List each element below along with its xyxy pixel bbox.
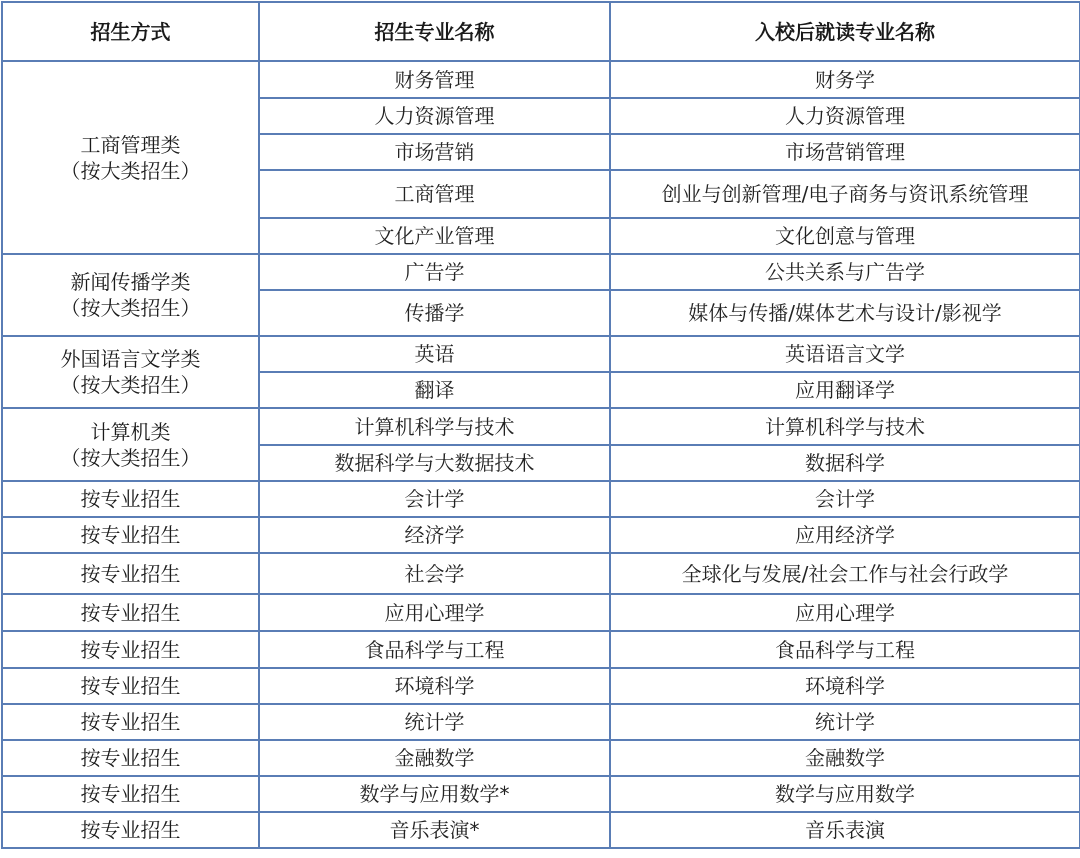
enroll-major-cell: 数学与应用数学* [259,776,610,812]
method-cell: 按专业招生 [2,517,259,553]
enroll-major-cell: 文化产业管理 [259,218,610,254]
enroll-major-cell: 环境科学 [259,668,610,704]
method-cell: 计算机类 （按大类招生） [2,408,259,481]
table-row: 按专业招生 食品科学与工程 食品科学与工程 [2,631,1080,668]
study-major-cell: 会计学 [610,481,1080,517]
enroll-major-cell: 市场营销 [259,134,610,170]
table-row: 外国语言文学类 （按大类招生） 英语 英语语言文学 [2,336,1080,372]
study-major-cell: 应用经济学 [610,517,1080,553]
study-major-cell: 食品科学与工程 [610,631,1080,668]
method-line1: 新闻传播学类 [3,269,258,295]
enroll-major-cell: 应用心理学 [259,594,610,631]
study-major-cell: 市场营销管理 [610,134,1080,170]
method-line2: （按大类招生） [3,445,258,471]
method-line2: （按大类招生） [3,295,258,321]
study-major-cell: 计算机科学与技术 [610,408,1080,445]
study-major-cell: 媒体与传播/媒体艺术与设计/影视学 [610,290,1080,336]
study-major-cell: 应用心理学 [610,594,1080,631]
study-major-cell: 应用翻译学 [610,372,1080,408]
enroll-major-cell: 食品科学与工程 [259,631,610,668]
method-cell: 按专业招生 [2,704,259,740]
method-cell: 按专业招生 [2,594,259,631]
table-row: 按专业招生 经济学 应用经济学 [2,517,1080,553]
table-row: 按专业招生 数学与应用数学* 数学与应用数学 [2,776,1080,812]
table-row: 按专业招生 环境科学 环境科学 [2,668,1080,704]
enroll-major-cell: 经济学 [259,517,610,553]
study-major-cell: 公共关系与广告学 [610,254,1080,290]
study-major-cell: 文化创意与管理 [610,218,1080,254]
study-major-cell: 环境科学 [610,668,1080,704]
method-cell: 外国语言文学类 （按大类招生） [2,336,259,408]
method-cell: 按专业招生 [2,776,259,812]
table-row: 工商管理类 （按大类招生） 财务管理 财务学 [2,61,1080,98]
method-cell: 按专业招生 [2,631,259,668]
method-cell: 按专业招生 [2,481,259,517]
study-major-cell: 创业与创新管理/电子商务与资讯系统管理 [610,170,1080,218]
method-cell: 新闻传播学类 （按大类招生） [2,254,259,336]
study-major-cell: 金融数学 [610,740,1080,776]
enroll-major-cell: 翻译 [259,372,610,408]
header-study-major: 入校后就读专业名称 [610,2,1080,61]
study-major-cell: 全球化与发展/社会工作与社会行政学 [610,553,1080,594]
enroll-major-cell: 传播学 [259,290,610,336]
enroll-major-cell: 金融数学 [259,740,610,776]
study-major-cell: 数学与应用数学 [610,776,1080,812]
table-row: 按专业招生 会计学 会计学 [2,481,1080,517]
enroll-major-cell: 财务管理 [259,61,610,98]
study-major-cell: 人力资源管理 [610,98,1080,134]
table-row: 计算机类 （按大类招生） 计算机科学与技术 计算机科学与技术 [2,408,1080,445]
enroll-major-cell: 工商管理 [259,170,610,218]
table-row: 按专业招生 统计学 统计学 [2,704,1080,740]
enroll-major-cell: 英语 [259,336,610,372]
study-major-cell: 数据科学 [610,445,1080,481]
study-major-cell: 财务学 [610,61,1080,98]
table-row: 按专业招生 金融数学 金融数学 [2,740,1080,776]
enroll-major-cell: 统计学 [259,704,610,740]
enroll-major-cell: 数据科学与大数据技术 [259,445,610,481]
method-line1: 外国语言文学类 [3,346,258,372]
method-cell: 按专业招生 [2,553,259,594]
enroll-major-cell: 广告学 [259,254,610,290]
enroll-major-cell: 音乐表演* [259,812,610,848]
majors-table: 招生方式 招生专业名称 入校后就读专业名称 工商管理类 （按大类招生） 财务管理… [1,1,1080,849]
method-cell: 工商管理类 （按大类招生） [2,61,259,254]
enroll-major-cell: 社会学 [259,553,610,594]
study-major-cell: 音乐表演 [610,812,1080,848]
table-row: 新闻传播学类 （按大类招生） 广告学 公共关系与广告学 [2,254,1080,290]
header-method: 招生方式 [2,2,259,61]
method-line2: （按大类招生） [3,158,258,184]
method-line1: 计算机类 [3,419,258,445]
header-enroll-major: 招生专业名称 [259,2,610,61]
header-row: 招生方式 招生专业名称 入校后就读专业名称 [2,2,1080,61]
method-cell: 按专业招生 [2,812,259,848]
method-line1: 工商管理类 [3,132,258,158]
enroll-major-cell: 人力资源管理 [259,98,610,134]
enroll-major-cell: 计算机科学与技术 [259,408,610,445]
method-line2: （按大类招生） [3,372,258,398]
table-row: 按专业招生 应用心理学 应用心理学 [2,594,1080,631]
method-cell: 按专业招生 [2,668,259,704]
study-major-cell: 英语语言文学 [610,336,1080,372]
method-cell: 按专业招生 [2,740,259,776]
table-row: 按专业招生 社会学 全球化与发展/社会工作与社会行政学 [2,553,1080,594]
study-major-cell: 统计学 [610,704,1080,740]
enroll-major-cell: 会计学 [259,481,610,517]
table-row: 按专业招生 音乐表演* 音乐表演 [2,812,1080,848]
